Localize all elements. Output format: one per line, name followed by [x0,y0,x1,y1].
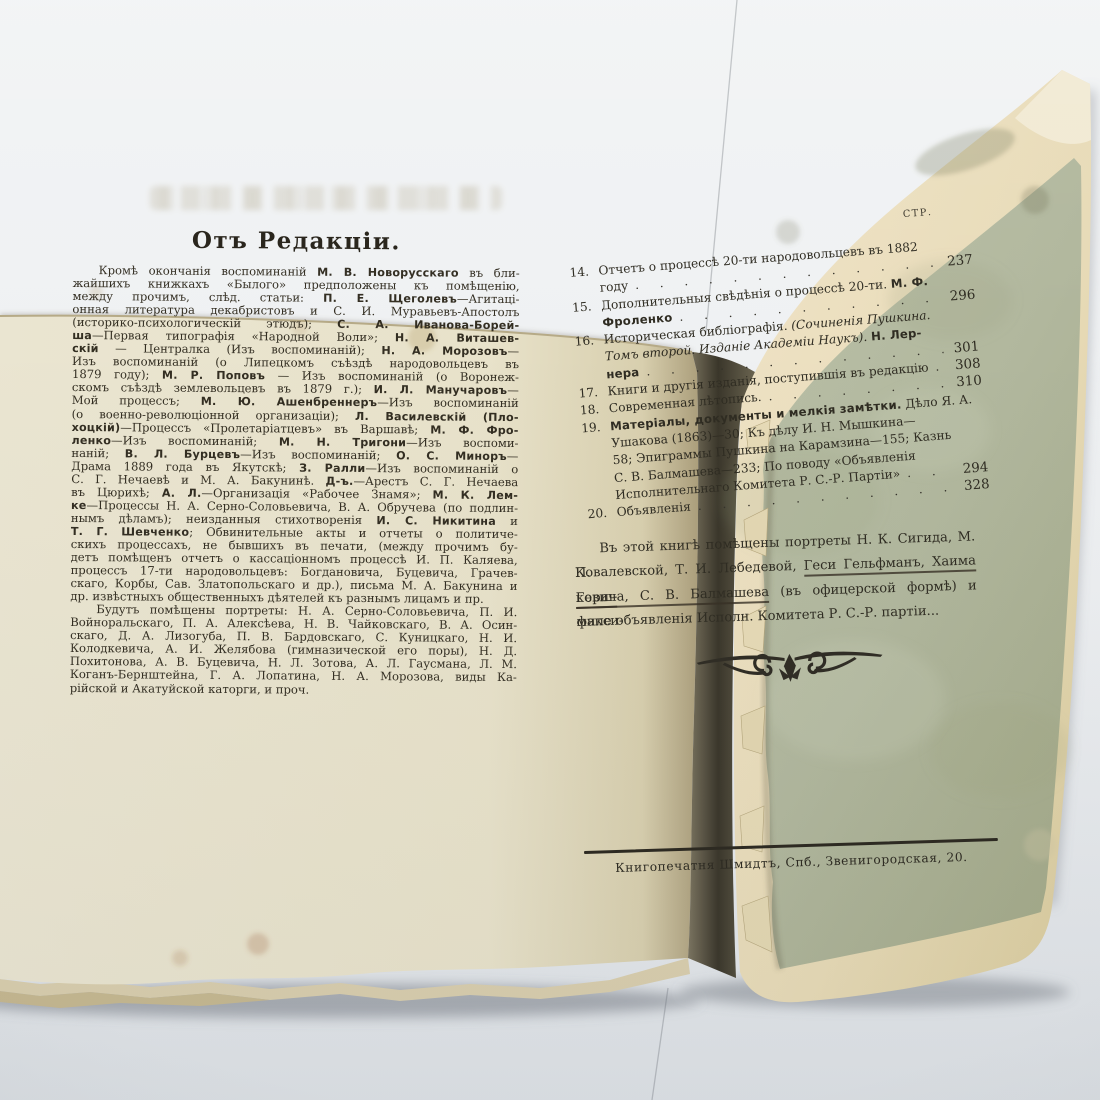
toc-item-title: нера [606,365,640,381]
toc-item-number: 14. [569,264,599,280]
toc-item-number: 20. [587,505,617,521]
toc-item-title: году [599,279,628,295]
toc-item-number [576,361,605,363]
toc-item-number [578,378,607,380]
toc-page-number: 308 [944,356,981,374]
toc-item-number [585,482,614,484]
ornament-divider-icon [694,640,886,692]
book-photo: Отъ Редакціи. Кромѣ окончанія воспоминан… [0,0,1100,1100]
toc-page-number: 328 [953,477,990,495]
table-of-contents: 14.Отчетъ о процессѣ 20-ти народовольцев… [568,222,990,525]
editorial-paragraph-portraits: Будутъ помѣщены портреты: Н. А. Серно-Со… [70,603,518,697]
toc-item-number: 17. [578,385,608,401]
toc-item-number: 16. [574,333,604,349]
toc-page-number: 296 [939,287,976,305]
toc-item-number [574,326,603,328]
toc-page-number: 237 [936,253,973,271]
toc-item-number [583,447,612,449]
toc-item-number: 18. [579,402,609,418]
editorial-paragraph-upcoming-articles: Кромѣ окончанія воспоминаній М. В. Новор… [70,264,519,606]
toc-page-number: 310 [945,374,982,392]
toc-page-number: 301 [943,339,980,357]
left-page-text: Отъ Редакціи. Кромѣ окончанія воспоминан… [70,226,520,698]
toc-page-number: 294 [952,460,989,478]
toc-item-number [571,292,600,294]
toc-item-number: 15. [572,298,602,314]
toc-item-number: 19. [581,419,611,435]
portraits-note-paragraph: Въ этой книгѣ помѣщены портреты Н. К. Си… [574,525,978,635]
dot-leader: . . . . . . . . . . . . . . . . . . . . … [907,463,953,480]
page-title: Отъ Редакціи. [73,226,520,256]
toc-item-number [587,499,616,501]
ghost-text-smudge [150,186,502,210]
toc-item-number [584,464,613,466]
